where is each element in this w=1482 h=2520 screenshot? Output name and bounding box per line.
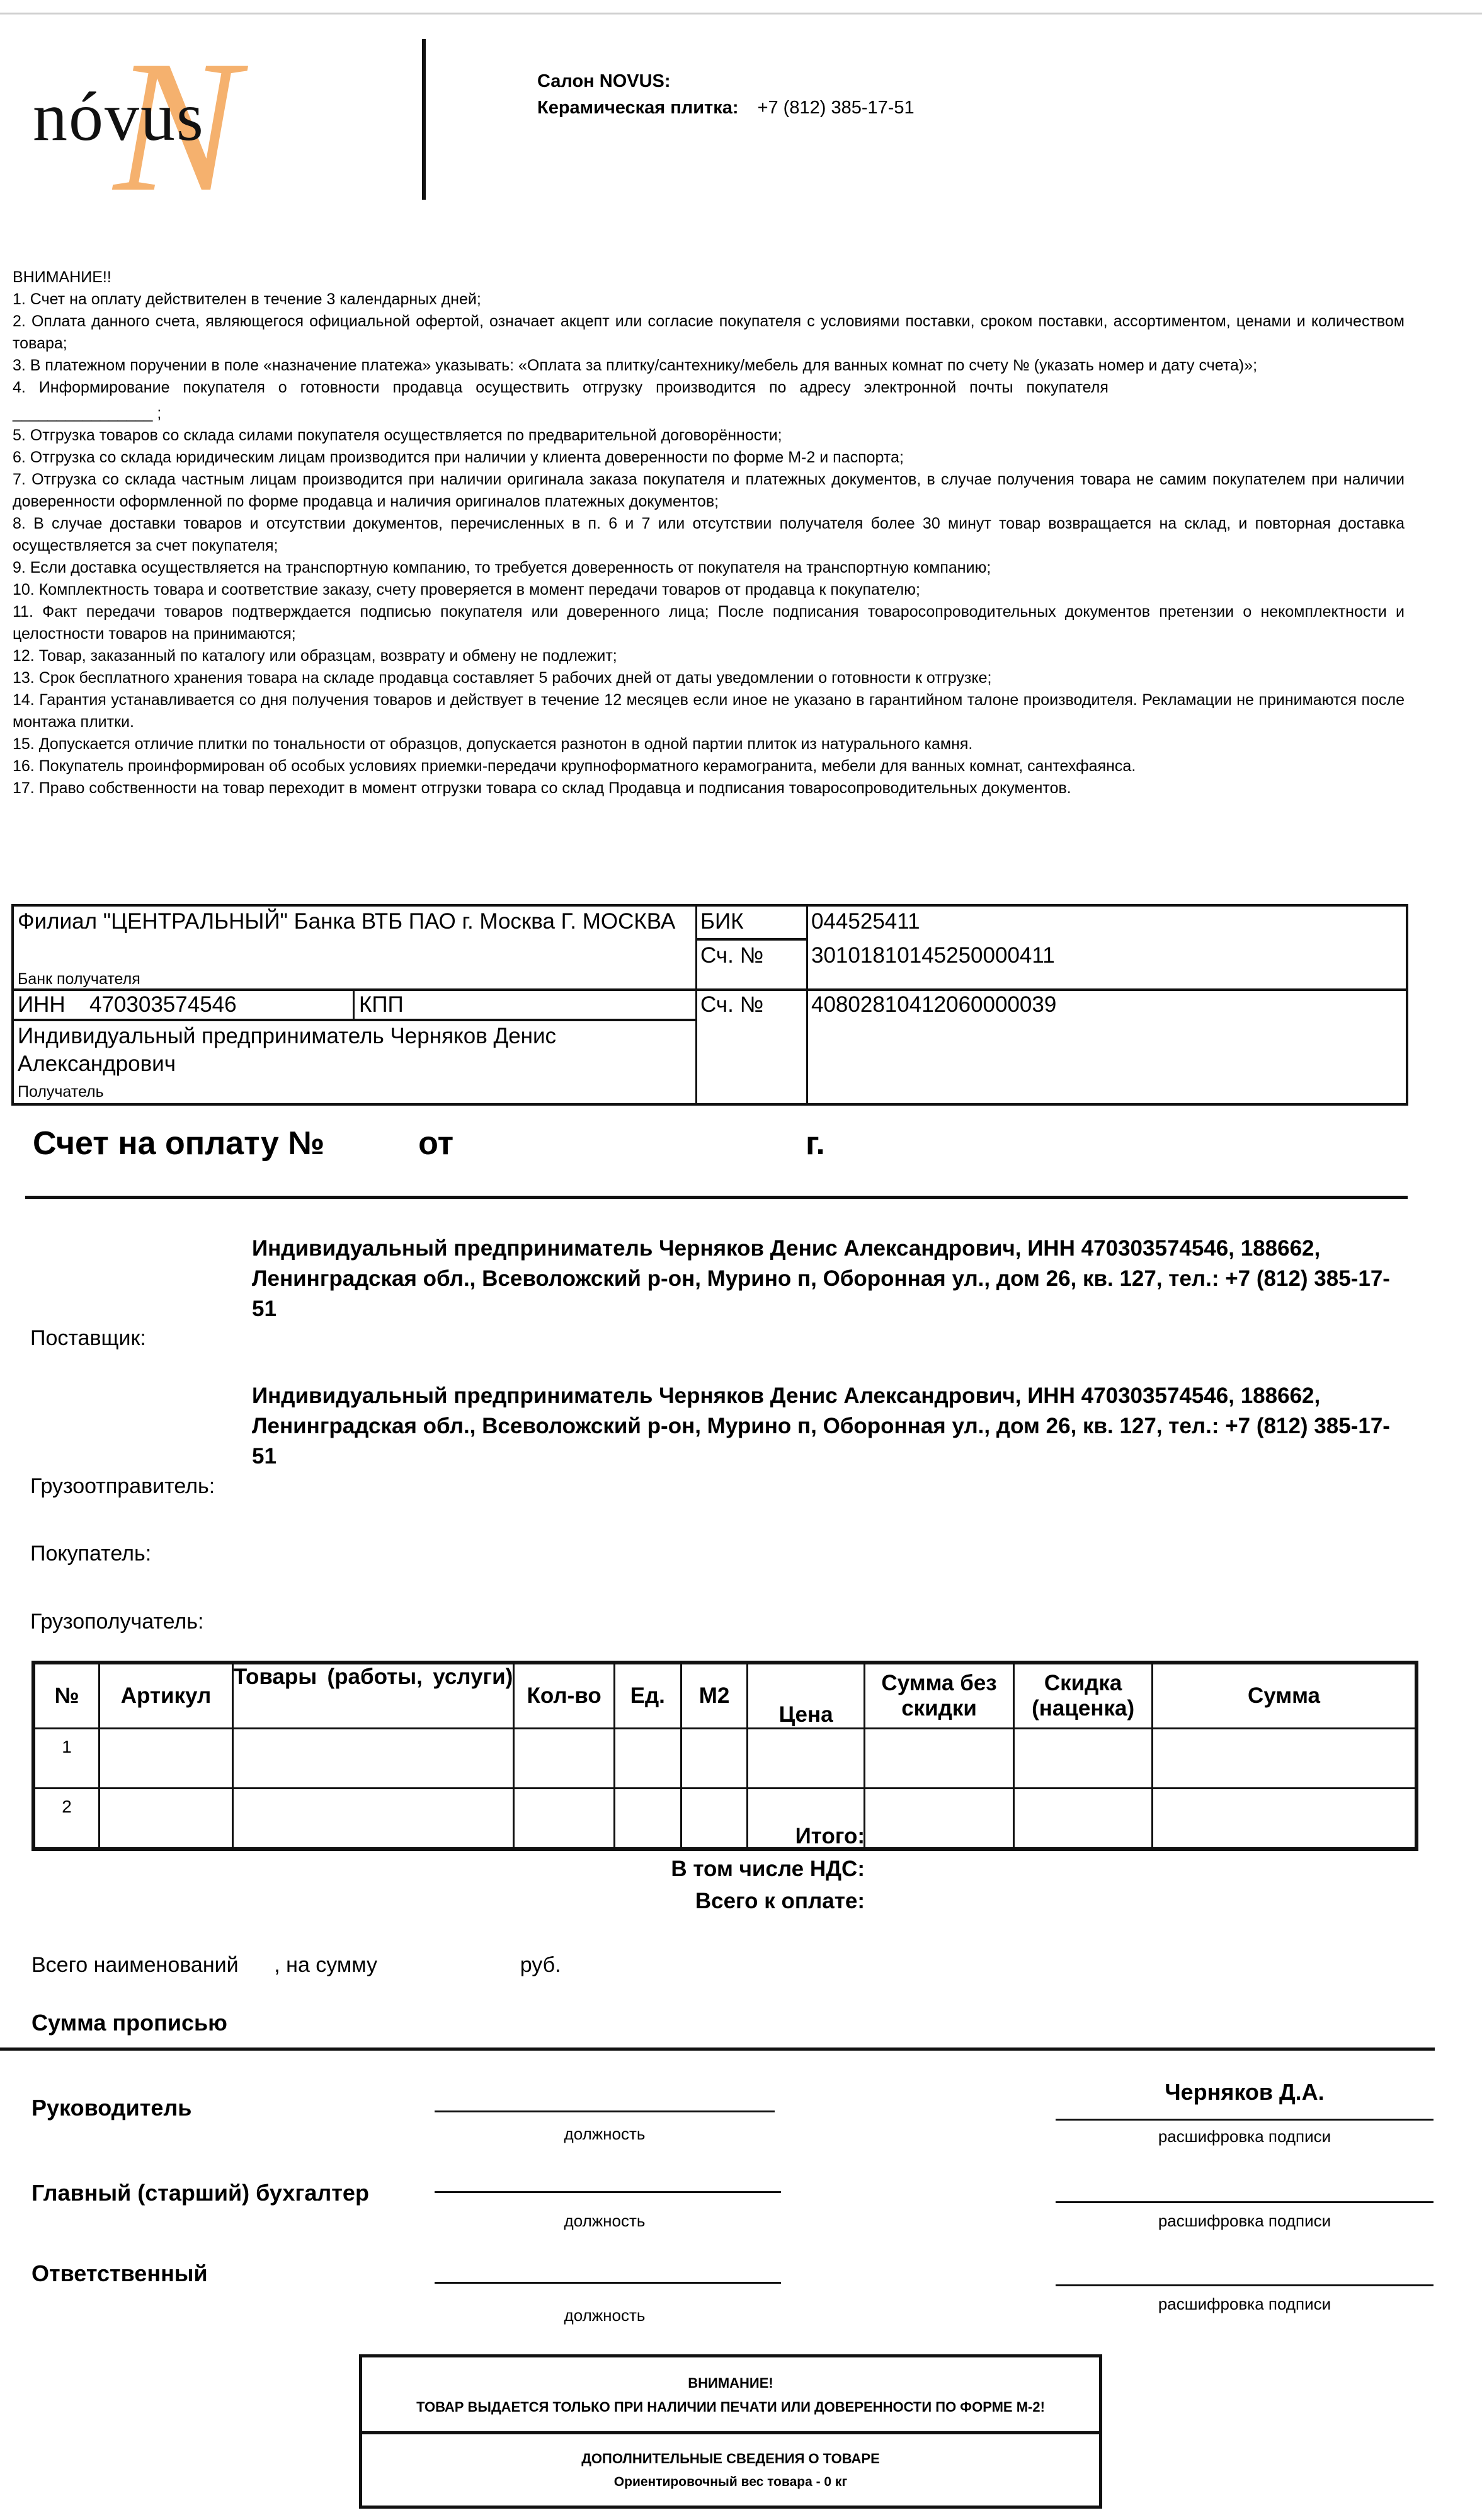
recipient-name: Индивидуальный предприниматель Черняков … xyxy=(18,1022,647,1078)
head-position-line xyxy=(435,2110,775,2112)
supplier-text: Индивидуальный предприниматель Черняков … xyxy=(252,1234,1405,1324)
top-border xyxy=(0,13,1482,14)
cell-goods xyxy=(232,1789,513,1850)
note-email-blank: ________________ ; xyxy=(13,403,1405,425)
note-item: 9. Если доставка осуществляется на транс… xyxy=(13,557,1405,579)
bik-value: 044525411 xyxy=(811,908,920,936)
responsible-label: Ответственный xyxy=(31,2260,208,2287)
note-item: 3. В платежном поручении в поле «назначе… xyxy=(13,355,1405,377)
note-item: 10. Комплектность товара и соответствие … xyxy=(13,579,1405,601)
position-caption: должность xyxy=(435,2306,775,2325)
col-number: № xyxy=(33,1663,100,1729)
col-sum-no-discount: Сумма без скидки xyxy=(864,1663,1013,1729)
accountant-label: Главный (старший) бухгалтер xyxy=(31,2180,369,2206)
logo-text: nóvus xyxy=(33,77,205,157)
cell-article xyxy=(100,1729,233,1789)
pickup-notice-box: ВНИМАНИЕ! ТОВАР ВЫДАЕТСЯ ТОЛЬКО ПРИ НАЛИ… xyxy=(359,2354,1102,2509)
note-item: 4. Информирование покупателя о готовност… xyxy=(13,377,1405,399)
table-row: 2 xyxy=(33,1789,1416,1850)
account-label: Сч. № xyxy=(700,991,763,1019)
decode-caption: расшифровка подписи xyxy=(1056,2211,1434,2231)
grand-total-label: Всего к оплате: xyxy=(695,1889,865,1914)
cell-sum xyxy=(1152,1789,1416,1850)
cell-discount xyxy=(1014,1789,1153,1850)
shipper-label: Грузоотправитель: xyxy=(30,1474,215,1499)
items-count-summary: Всего наименований , на сумму руб. xyxy=(31,1953,561,1978)
bank-details-table: Филиал "ЦЕНТРАЛЬНЫЙ" Банка ВТБ ПАО г. Мо… xyxy=(11,904,1408,1106)
divider xyxy=(806,907,808,1103)
note-item: 14. Гарантия устанавливается со дня полу… xyxy=(13,689,1405,733)
supplier-label: Поставщик: xyxy=(30,1326,146,1351)
consignee-label: Грузополучатель: xyxy=(30,1610,203,1634)
notes-heading: ВНИМАНИЕ!! xyxy=(13,266,1405,289)
account-value: 40802810412060000039 xyxy=(811,991,1056,1019)
notice-attention: ВНИМАНИЕ! xyxy=(362,2375,1099,2391)
kpp-label: КПП xyxy=(359,991,404,1019)
bik-label: БИК xyxy=(700,908,744,936)
decode-caption: расшифровка подписи xyxy=(1056,2294,1434,2314)
bank-caption: Банк получателя xyxy=(18,965,140,993)
recipient-caption: Получатель xyxy=(18,1078,104,1106)
note-item: 11. Факт передачи товаров подтверждается… xyxy=(13,601,1405,645)
invoice-title: Счет на оплату № от г. xyxy=(33,1125,825,1162)
vat-label: В том числе НДС: xyxy=(671,1857,865,1882)
responsible-position-line xyxy=(435,2282,781,2284)
position-caption: должность xyxy=(435,2211,775,2231)
col-discount: Скидка (наценка) xyxy=(1014,1663,1153,1729)
note-item: 16. Покупатель проинформирован об особых… xyxy=(13,755,1405,777)
amount-in-words-label: Сумма прописью xyxy=(31,2010,227,2036)
divider xyxy=(695,938,807,941)
position-caption: должность xyxy=(435,2124,775,2144)
decode-caption: расшифровка подписи xyxy=(1056,2127,1434,2146)
notice-text: ТОВАР ВЫДАЕТСЯ ТОЛЬКО ПРИ НАЛИЧИИ ПЕЧАТИ… xyxy=(362,2399,1099,2415)
divider xyxy=(14,1019,697,1021)
cell-m2 xyxy=(681,1789,748,1850)
inn-value: 470303574546 xyxy=(89,991,237,1019)
responsible-decode-line xyxy=(1056,2284,1434,2286)
corr-account-label: Сч. № xyxy=(700,942,763,970)
cell-unit xyxy=(614,1729,681,1789)
note-item: 1. Счет на оплату действителен в течение… xyxy=(13,289,1405,311)
cell-qty xyxy=(514,1729,615,1789)
buyer-label: Покупатель: xyxy=(30,1542,151,1566)
note-item: 6. Отгрузка со склада юридическим лицам … xyxy=(13,447,1405,469)
terms-notes: ВНИМАНИЕ!! 1. Счет на оплату действителе… xyxy=(13,266,1405,799)
note-item: 15. Допускается отличие плитки по тональ… xyxy=(13,733,1405,755)
inn-label: ИНН xyxy=(18,991,66,1019)
cell-m2 xyxy=(681,1729,748,1789)
title-prefix: Счет на оплату № xyxy=(33,1125,324,1162)
cell-number: 2 xyxy=(33,1789,100,1850)
divider xyxy=(353,990,355,1020)
corr-account-value: 30101810145250000411 xyxy=(811,942,1055,970)
head-label: Руководитель xyxy=(31,2095,191,2121)
cell-unit xyxy=(614,1789,681,1850)
head-decode-line xyxy=(1056,2119,1434,2121)
head-name: Черняков Д.А. xyxy=(1056,2079,1434,2105)
cell-article xyxy=(100,1789,233,1850)
col-goods: Товары (работы, услуги) xyxy=(232,1663,513,1729)
weight-info: Ориентировочный вес товара - 0 кг xyxy=(362,2475,1099,2490)
col-article: Артикул xyxy=(100,1663,233,1729)
novus-logo: N nóvus xyxy=(25,38,390,183)
accountant-position-line xyxy=(435,2191,781,2193)
note-item: 7. Отгрузка со склада частным лицам прои… xyxy=(13,469,1405,513)
col-qty: Кол-во xyxy=(514,1663,615,1729)
total-label: Итого: xyxy=(795,1824,865,1849)
cell-price xyxy=(748,1729,865,1789)
from-label: от xyxy=(418,1125,453,1162)
cell-qty xyxy=(514,1789,615,1850)
items-table: № Артикул Товары (работы, услуги) Кол-во… xyxy=(31,1661,1418,1851)
col-m2: М2 xyxy=(681,1663,748,1729)
note-item: 5. Отгрузка товаров со склада силами пок… xyxy=(13,425,1405,447)
header-divider xyxy=(422,39,426,200)
note-item: 12. Товар, заказанный по каталогу или об… xyxy=(13,645,1405,667)
cell-number: 1 xyxy=(33,1729,100,1789)
shipper-text: Индивидуальный предприниматель Черняков … xyxy=(252,1381,1405,1472)
cell-discount xyxy=(1014,1729,1153,1789)
tile-label: Керамическая плитка: xyxy=(537,98,739,118)
words-rule xyxy=(0,2047,1435,2051)
title-rule xyxy=(25,1196,1408,1199)
table-row: 1 xyxy=(33,1729,1416,1789)
cell-sum xyxy=(1152,1729,1416,1789)
note-item: 2. Оплата данного счета, являющегося офи… xyxy=(13,311,1405,355)
col-price: Цена xyxy=(748,1663,865,1729)
cell-sum-no-discount xyxy=(864,1729,1013,1789)
col-unit: Ед. xyxy=(614,1663,681,1729)
extra-info-title: ДОПОЛНИТЕЛЬНЫЕ СВЕДЕНИЯ О ТОВАРЕ xyxy=(362,2451,1099,2467)
cell-goods xyxy=(232,1729,513,1789)
tile-phone: +7 (812) 385-17-51 xyxy=(758,98,915,118)
col-sum: Сумма xyxy=(1152,1663,1416,1729)
bank-name: Филиал "ЦЕНТРАЛЬНЫЙ" Банка ВТБ ПАО г. Мо… xyxy=(18,908,685,936)
accountant-decode-line xyxy=(1056,2201,1434,2203)
salon-label: Салон NOVUS: xyxy=(537,68,915,94)
note-item: 13. Срок бесплатного хранения товара на … xyxy=(13,667,1405,689)
note-item: 8. В случае доставки товаров и отсутстви… xyxy=(13,513,1405,557)
divider xyxy=(695,907,697,1103)
note-item: 17. Право собственности на товар переход… xyxy=(13,777,1405,799)
table-header-row: № Артикул Товары (работы, услуги) Кол-во… xyxy=(33,1663,1416,1729)
cell-sum-no-discount xyxy=(864,1789,1013,1850)
salon-contacts: Салон NOVUS: Керамическая плитка:+7 (812… xyxy=(537,68,915,121)
year-suffix: г. xyxy=(806,1125,825,1162)
